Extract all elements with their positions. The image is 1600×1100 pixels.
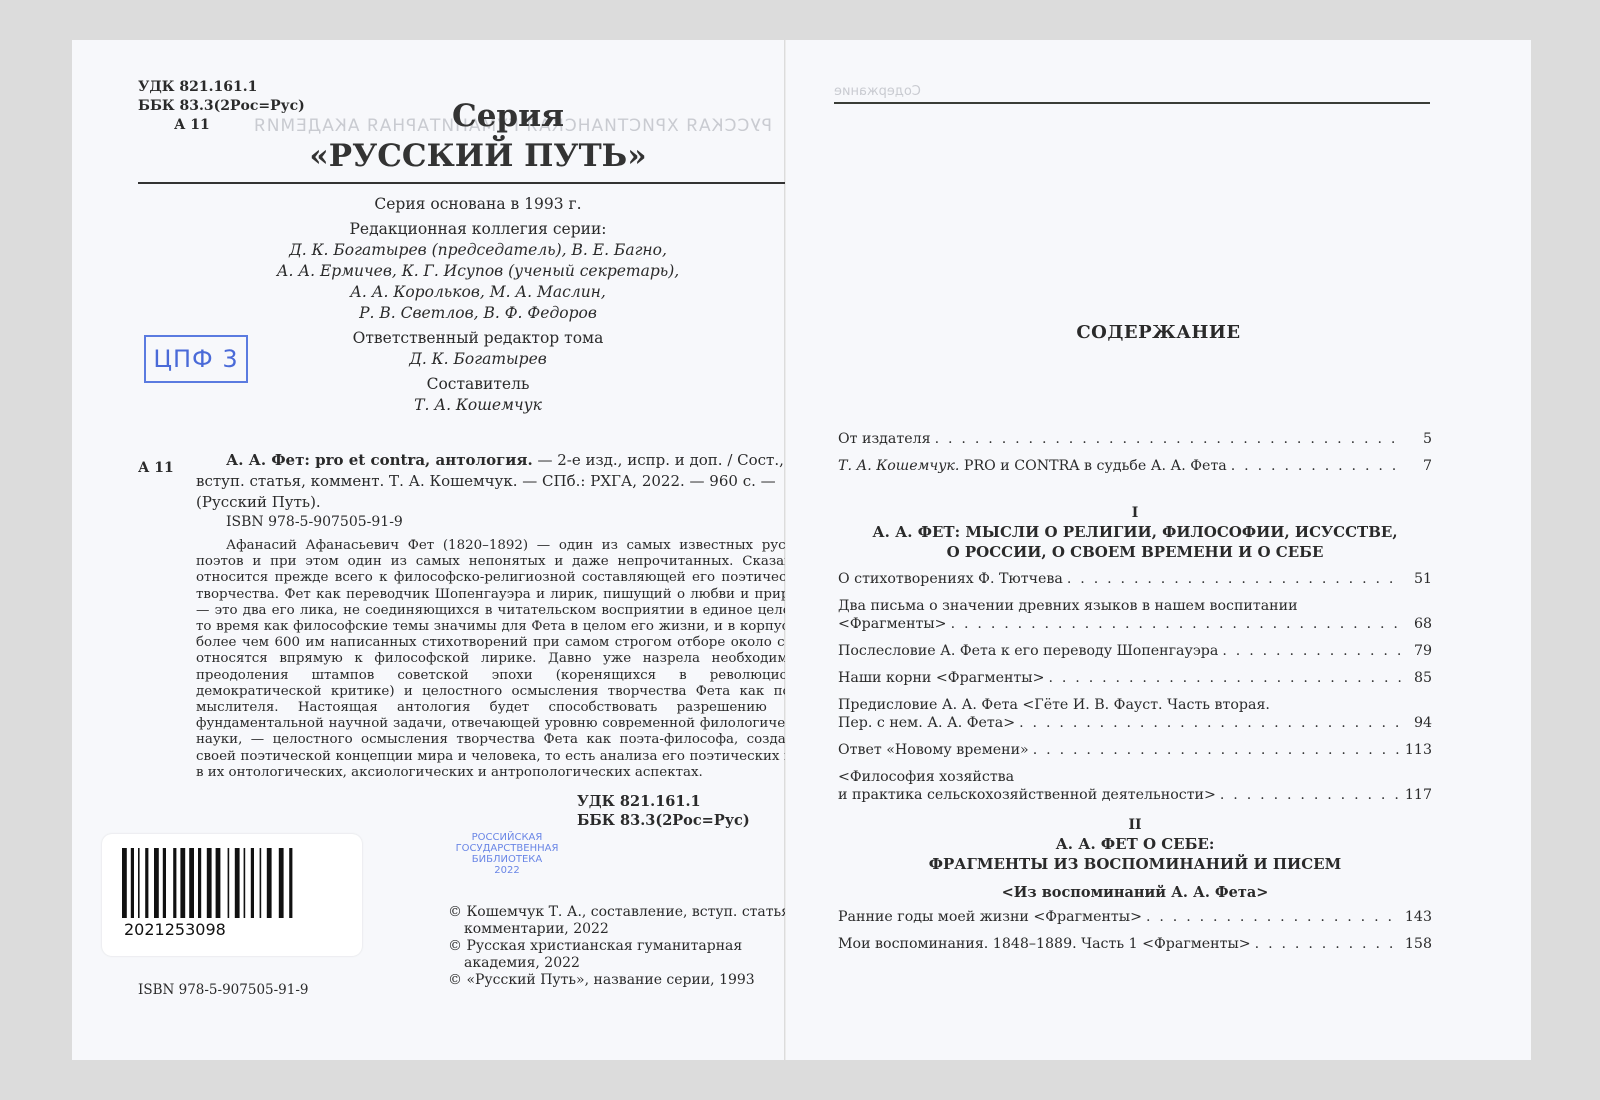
section-title: А. А. ФЕТ О СЕБЕ: [838,834,1432,854]
toc-entry-title: Предисловие А. А. Фета <Гёте И. В. Фауст… [838,696,1270,714]
toc-entry[interactable]: Ранние годы моей жизни <Фрагменты>. . . … [838,908,1432,926]
toc-page-number: 51 [1408,570,1432,588]
dot-leader: . . . . . . . . . . . . . . . . . . . . … [1222,642,1402,660]
section-title: ФРАГМЕНТЫ ИЗ ВОСПОМИНАНИЙ И ПИСЕМ [838,854,1432,874]
toc-entry-title: и практика сельскохозяйственной деятельн… [838,786,1216,804]
toc-title: СОДЕРЖАНИЕ [786,322,1531,343]
toc-page-number: 158 [1405,935,1432,953]
section-number: I [838,504,1432,522]
toc-entry[interactable]: Мои воспоминания. 1848–1889. Часть 1 <Фр… [838,935,1432,953]
toc-entry-title: <Философия хозяйства [838,768,1014,786]
udk-code: УДК 821.161.1 [138,78,305,97]
bibliographic-record: А. А. Фет: pro et contra, антология. — 2… [196,450,816,513]
toc-page-number: 94 [1408,714,1432,732]
board-member-line: Д. К. Богатырев (председатель), В. Е. Ба… [289,241,667,259]
copyright-line: © «Русский Путь», название серии, 1993 [448,972,808,989]
dot-leader: . . . . . . . . . . . . . . . . . . . . … [1033,741,1399,759]
copyright-block: © Кошемчук Т. А., составление, вступ. ст… [448,904,808,989]
toc-entry-title: Наши корни <Фрагменты> [838,669,1044,687]
editor-name: Д. К. Богатырев [409,350,547,368]
toc-entry-title: Ранние годы моей жизни <Фрагменты> [838,908,1142,926]
toc-entry-title: От издателя [838,430,931,448]
compiler-name: Т. А. Кошемчук [414,396,542,414]
isbn-bottom: ISBN 978-5-907505-91-9 [138,982,309,998]
toc-page-number: 5 [1408,430,1432,448]
author-mark-margin: А 11 [138,460,174,476]
series-title-line2: «РУССКИЙ ПУТЬ» [138,136,818,176]
dot-leader: . . . . . . . . . . . . . . . . . . . . … [935,430,1402,448]
toc-entry[interactable]: <Философия хозяйстваи практика сельскохо… [838,768,1432,804]
barcode-number: 2021253098 [102,920,384,939]
left-page: РУССКАЯ ХРИСТИАНСКАЯ ГУМАНИТАРНАЯ АКАДЕМ… [72,40,784,1060]
board-member-line: А. А. Ермичев, К. Г. Исупов (ученый секр… [277,262,679,280]
right-page: Содержание СОДЕРЖАНИЕ От издателя. . . .… [785,40,1531,1060]
copyright-line: © Кошемчук Т. А., составление, вступ. ст… [448,904,808,938]
dot-leader: . . . . . . . . . . . . . . . . . . . . … [1231,457,1402,475]
library-stamp-line: 2022 [442,865,572,876]
book-title: А. А. Фет: pro et contra, антология. [226,451,533,469]
toc-entry[interactable]: Два письма о значении древних языков в н… [838,597,1432,633]
udk-code: УДК 821.161.1 [577,792,750,811]
toc-entry-author: Т. А. Кошемчук. [838,458,959,474]
dot-leader: . . . . . . . . . . . . . . . . . . . . … [1019,714,1402,732]
toc-section-heading: IIА. А. ФЕТ О СЕБЕ:ФРАГМЕНТЫ ИЗ ВОСПОМИН… [838,816,1432,874]
dot-leader: . . . . . . . . . . . . . . . . . . . . … [951,615,1402,633]
section-title: О РОССИИ, О СВОЕМ ВРЕМЕНИ И О СЕБЕ [838,542,1432,562]
dot-leader: . . . . . . . . . . . . . . . . . . . . … [1146,908,1399,926]
dot-leader: . . . . . . . . . . . . . . . . . . . . … [1067,570,1402,588]
classification-block-bottom: УДК 821.161.1 ББК 83.3(2Рос=Рус) [577,792,750,830]
toc-entry[interactable]: Наши корни <Фрагменты>. . . . . . . . . … [838,669,1432,687]
toc-entry[interactable]: Т. А. Кошемчук. PRO и CONTRA в судьбе А.… [838,457,1432,475]
toc-entry-title: Послесловие А. Фета к его переводу Шопен… [838,642,1218,660]
library-stamp-line: БИБЛИОТЕКА [442,854,572,865]
toc-page-number: 113 [1405,741,1432,759]
toc-section-heading: IА. А. ФЕТ: МЫСЛИ О РЕЛИГИИ, ФИЛОСОФИИ, … [838,504,1432,562]
library-stamp-line: РОССИЙСКАЯ [442,832,572,843]
toc-entry[interactable]: От издателя. . . . . . . . . . . . . . .… [838,430,1432,448]
board-heading: Редакционная коллегия серии: [138,219,818,240]
barcode-sticker: 2021253098 [102,834,362,956]
toc-subheading: <Из воспоминаний А. А. Фета> [838,884,1432,902]
toc-page-number: 68 [1408,615,1432,633]
toc-entry[interactable]: О стихотворениях Ф. Тютчева. . . . . . .… [838,570,1432,588]
showthrough-runhead: Содержание [834,84,921,99]
toc-entry-title: <Фрагменты> [838,615,947,633]
section-title: А. А. ФЕТ: МЫСЛИ О РЕЛИГИИ, ФИЛОСОФИИ, И… [838,522,1432,542]
toc-entry[interactable]: Предисловие А. А. Фета <Гёте И. В. Фауст… [838,696,1432,732]
toc-entry[interactable]: Послесловие А. Фета к его переводу Шопен… [838,642,1432,660]
dot-leader: . . . . . . . . . . . . . . . . . . . . … [1048,669,1402,687]
board-members: Д. К. Богатырев (председатель), В. Е. Ба… [138,240,818,324]
running-head-rule [834,102,1430,104]
section-number: II [838,816,1432,834]
copyright-line: © Русская христианская гуманитарная акад… [448,938,808,972]
toc-page-number: 117 [1405,786,1432,804]
library-stamp: РОССИЙСКАЯ ГОСУДАРСТВЕННАЯ БИБЛИОТЕКА 20… [442,832,572,876]
annotation-text: Афанасий Афанасьевич Фет (1820–1892) — о… [196,538,818,781]
toc-page-number: 79 [1408,642,1432,660]
toc-entry-title: Два письма о значении древних языков в н… [838,597,1298,615]
series-founded: Серия основана в 1993 г. [138,194,818,215]
toc-entry[interactable]: Ответ «Новому времени». . . . . . . . . … [838,741,1432,759]
bbk-code: ББК 83.3(2Рос=Рус) [577,811,750,830]
toc-entry-title: Т. А. Кошемчук. PRO и CONTRA в судьбе А.… [838,457,1227,475]
toc-entry-title: Мои воспоминания. 1848–1889. Часть 1 <Фр… [838,935,1251,953]
table-of-contents: От издателя. . . . . . . . . . . . . . .… [838,430,1432,962]
board-member-line: Р. В. Светлов, В. Ф. Федоров [359,304,597,322]
cpf-stamp: ЦПФ 3 [144,335,248,383]
library-stamp-line: ГОСУДАРСТВЕННАЯ [442,843,572,854]
series-title: Серия «РУССКИЙ ПУТЬ» [138,96,818,176]
dot-leader: . . . . . . . . . . . . . . . . . . . . … [1220,786,1399,804]
toc-entry-title: Пер. с нем. А. А. Фета> [838,714,1015,732]
isbn-record: ISBN 978-5-907505-91-9 [226,514,403,530]
divider-rule [138,182,818,184]
toc-entry-title: Ответ «Новому времени» [838,741,1029,759]
barcode-icon [120,848,345,918]
board-member-line: А. А. Корольков, М. А. Маслин, [350,283,606,301]
dot-leader: . . . . . . . . . . . . . . . . . . . . … [1255,935,1399,953]
series-title-line1: Серия [138,96,818,136]
toc-entry-title: О стихотворениях Ф. Тютчева [838,570,1063,588]
toc-page-number: 85 [1408,669,1432,687]
toc-page-number: 7 [1408,457,1432,475]
toc-page-number: 143 [1405,908,1432,926]
